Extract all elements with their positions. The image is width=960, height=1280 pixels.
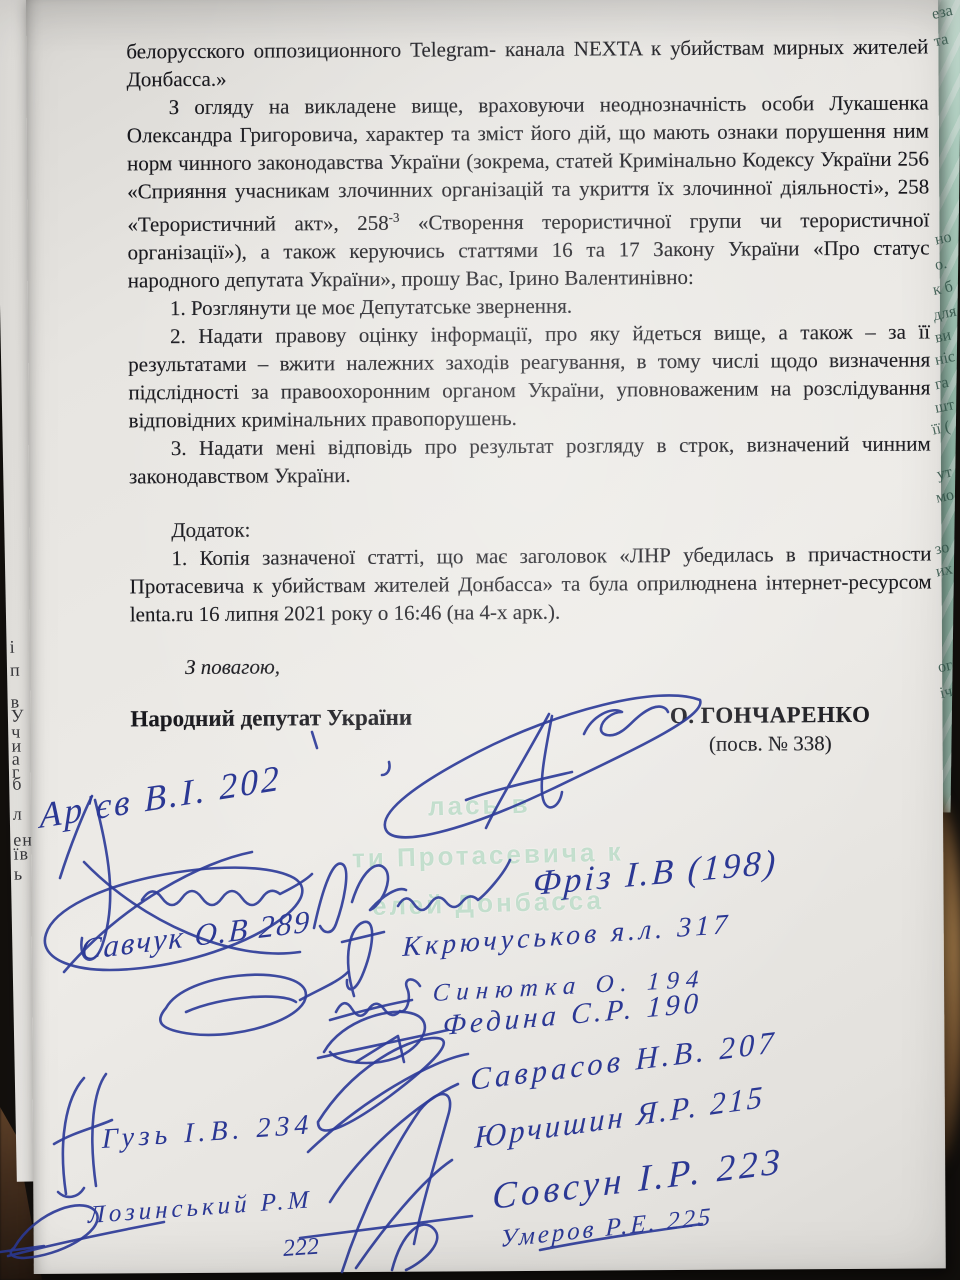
request-item-3: 3. Надати мені відповідь про результат р… [129,429,931,490]
cutoff-text: для [931,303,958,325]
superscript-258-3: -3 [389,210,400,225]
closing-phrase: З повагою, [130,648,932,681]
cutoff-text: еза [930,2,954,24]
request-item-2: 2. Надати правову оцінку інформації, про… [128,317,931,434]
signer-name: О. ГОНЧАРЕНКО [670,702,871,728]
signer-name-block: О. ГОНЧАРЕНКО (посв. № 338) [670,701,871,758]
cutoff-text: л [13,804,23,825]
attachment-heading: Додаток: [129,511,931,544]
cutoff-text: к б [931,278,954,300]
cutoff-text: іч [938,683,954,703]
paragraph-main: З огляду на викладене вище, враховуючи н… [127,88,930,294]
watermark-fragment: лась в [428,789,531,823]
cutoff-text: п [10,660,21,681]
green-paper-text: еза та но о. к б для ви ніс га шт її ( у… [922,0,960,820]
cutoff-text: шт [933,396,956,418]
cutoff-text: їв [13,843,29,864]
cutoff-text: ог [936,657,954,678]
signer-role: Народний депутат України [130,704,412,734]
request-item-1: 1. Розглянути це моє Депутатське звернен… [128,289,930,322]
cutoff-text: но [933,228,953,249]
cutoff-text: зо [933,539,951,560]
paragraph-continuation: белорусского оппозиционного Telegram- ка… [126,32,928,93]
handwritten-number-lozynskyi: 222 [282,1234,320,1263]
cutoff-text: ут [935,464,953,485]
paragraph-main-a: З огляду на викладене вище, враховуючи н… [127,90,929,236]
cutoff-text: і [9,637,15,658]
attachment-item: 1. Копія зазначеної статті, що має загол… [129,539,931,628]
cutoff-text: о. [933,255,948,275]
cutoff-text: б [12,774,23,795]
signature-block: Народний депутат України О. ГОНЧАРЕНКО (… [130,700,932,761]
cutoff-text: та [932,31,950,52]
cutoff-text: ви [933,327,953,348]
cutoff-text: її ( [930,418,952,439]
cutoff-text: мо [934,486,955,507]
typed-text: белорусского оппозиционного Telegram- ка… [126,32,932,761]
cutoff-text: га [933,374,950,394]
paragraph-main-b: «Створення терористичної групи чи терори… [128,207,930,292]
cutoff-text: ніс [933,348,956,370]
cutoff-text: ь [14,864,24,885]
signer-credential: (посв. № 338) [709,731,832,756]
cutoff-text: их [934,560,954,581]
